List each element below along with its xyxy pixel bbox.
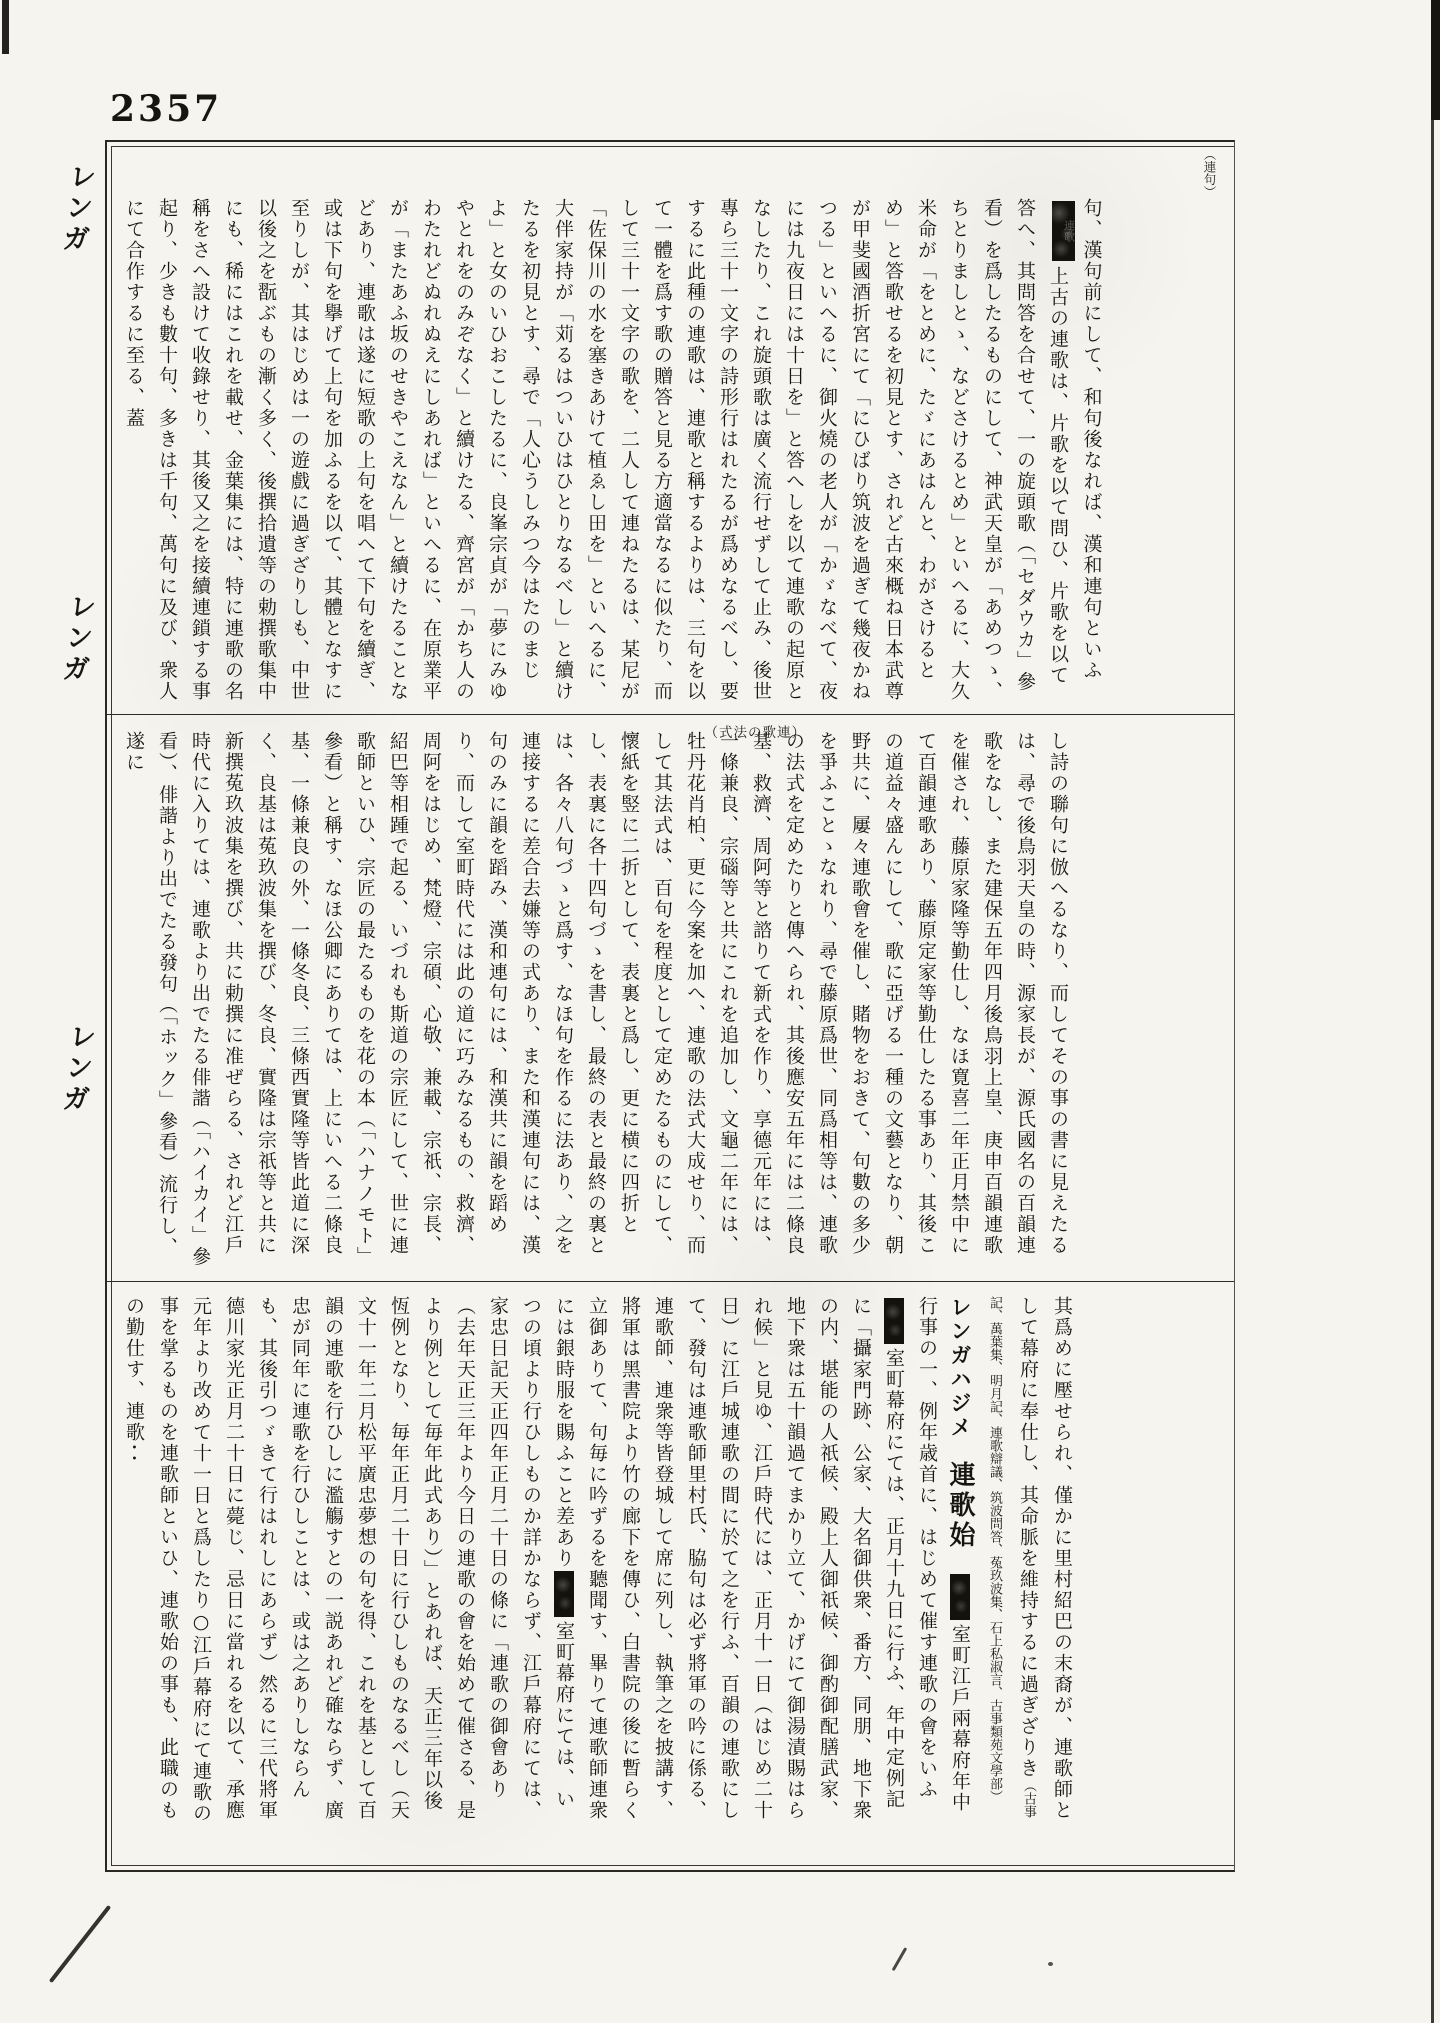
margin-guide-word-1: レンガ (47, 162, 101, 255)
text-band-1: （連句） 句、漢句前にして、和句後なれば、漢和連句といふ 連歌上古の連歌は、片歌… (107, 142, 1234, 714)
band2-vertical-text: し詩の聯句に倣へるなり、而してその事の書に見えたるは、尋で後鳥羽天皇の時、源家長… (117, 731, 1074, 1271)
continuation-label-renku: （連句） (1200, 148, 1218, 198)
text-band-3: 其爲めに壓せられ、僅かに里村紹巴の末裔が、連歌師として幕府に奉仕し、其命脈を維持… (107, 1281, 1234, 1866)
rengahajime-entry-reading: レンガハジメ (948, 1296, 973, 1440)
section-note-renga-hoshiki: （式法の歌連） (705, 721, 807, 741)
renga-entry-heading-block: 連歌 (1052, 201, 1075, 261)
emphasis-dots: •• (129, 1443, 140, 1465)
rengahajime-entry-title: 連歌始 (945, 1461, 975, 1551)
rengahajime-end-word: 連歌 (123, 1401, 145, 1443)
reversed-source-block-3 (554, 1571, 574, 1617)
text-frame: （連句） 句、漢句前にして、和句後なれば、漢和連句といふ 連歌上古の連歌は、片歌… (105, 140, 1235, 1872)
scan-stray-stroke-bottom-center (892, 1947, 907, 1971)
scan-edge-line (1431, 0, 1434, 2023)
rengahajime-body-3: 室町幕府にては、いつの頃より行ひしものか詳かならず、江戶幕府にては、家忠日記天正… (123, 1296, 575, 1824)
reversed-source-block-2 (884, 1298, 904, 1344)
scan-corner-mark-top-left (2, 0, 9, 54)
text-band-2: （式法の歌連） し詩の聯句に倣へるなり、而してその事の書に見えたるは、尋で後鳥羽… (107, 714, 1234, 1281)
band3-vertical-text: 其爲めに壓せられ、僅かに里村紹巴の末裔が、連歌師として幕府に奉仕し、其命脈を維持… (117, 1296, 1078, 1826)
renga-entry-body-part1: 上古の連歌は、片歌を以て問ひ、片歌を以て答へ、其問答を合せて、一の旋頭歌（「セダ… (123, 198, 1069, 702)
margin-guide-word-2: レンガ (47, 592, 101, 685)
band1-vertical-text: 句、漢句前にして、和句後なれば、漢和連句といふ 連歌上古の連歌は、片歌を以て問ひ… (117, 198, 1108, 704)
renku-entry-tail: 句、漢句前にして、和句後なれば、漢和連句といふ (1081, 198, 1103, 681)
renga-entry-body-part2: し詩の聯句に倣へるなり、而してその事の書に見えたるは、尋で後鳥羽天皇の時、源家長… (123, 731, 1069, 1268)
page-number: 2357 (110, 88, 222, 130)
rengahajime-body-2: 室町幕府にては、正月十九日に行ふ、年中定例記に「攝家門跡、公家、大名御供衆、番方… (553, 1296, 905, 1821)
scan-corner-mark-top-right (1431, 0, 1440, 120)
margin-guide-word-3: レンガ (47, 1022, 101, 1115)
scan-speck (1048, 1962, 1053, 1966)
renga-entry-body-part3: 其爲めに壓せられ、僅かに里村紹巴の末裔が、連歌師として幕府に奉仕し、其命脈を維持… (1017, 1296, 1073, 1821)
scan-stray-stroke-bottom-left (49, 1905, 111, 1983)
reversed-source-block-1 (950, 1574, 970, 1620)
scanned-encyclopedia-page: { "page": { "number": "2357", "margin_la… (0, 0, 1440, 2023)
